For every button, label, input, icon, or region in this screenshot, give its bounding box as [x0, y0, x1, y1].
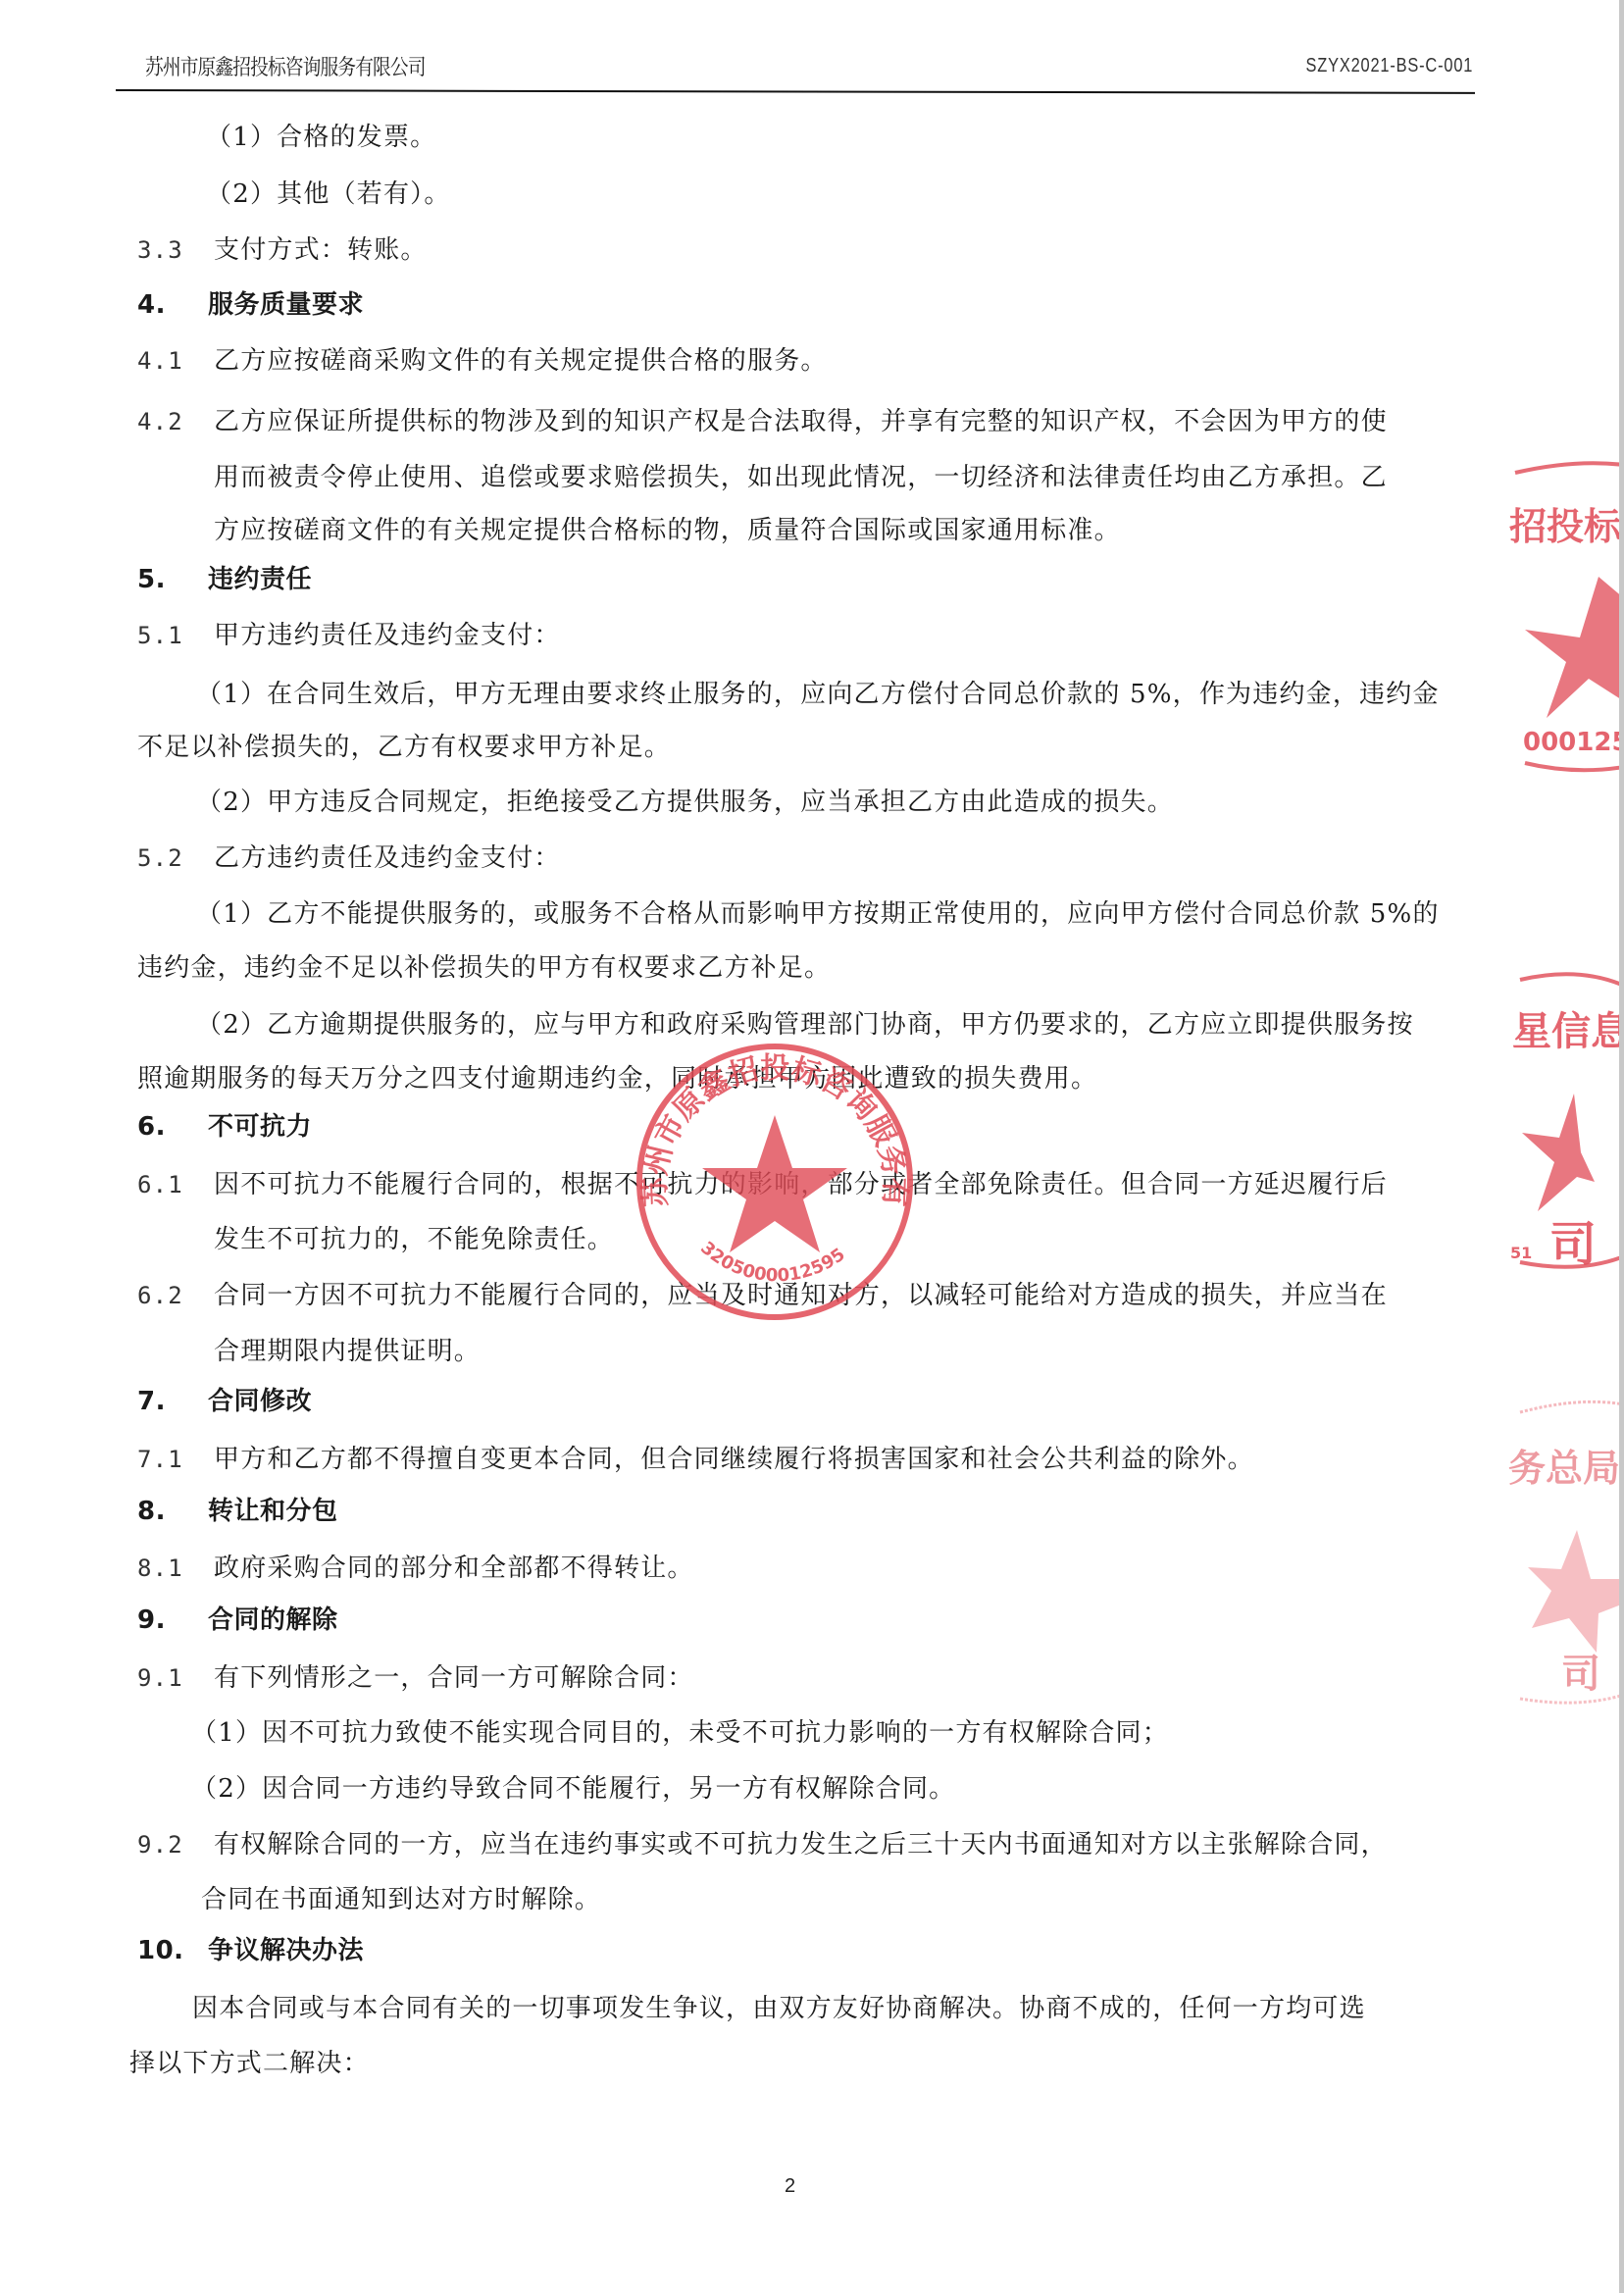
section-heading-6: 6.不可抗力	[137, 1112, 312, 1142]
clause-6-2: 6.2合同一方因不可抗力不能履行合同的，应当及时通知对方，以减轻可能给对方造成的…	[137, 1281, 1388, 1310]
clause-continuation: 合理期限内提供证明。	[214, 1337, 481, 1366]
item-continuation: 不足以补偿损失的，乙方有权要求甲方补足。	[137, 733, 671, 762]
perforation-seal-bottom: 务总局 司	[1500, 1383, 1624, 1707]
clause-8-1: 8.1政府采购合同的部分和全部都不得转让。	[137, 1554, 694, 1583]
item-line: （2）其他（若有）。	[206, 179, 451, 209]
page-edge-shadow	[1619, 0, 1624, 2293]
item-line: （2）因合同一方违约导致合同不能履行，另一方有权解除合同。	[191, 1774, 955, 1804]
item-line: （1）合格的发票。	[206, 123, 436, 152]
svg-text:司: 司	[1549, 1217, 1597, 1270]
item-continuation: 违约金，违约金不足以补偿损失的甲方有权要求乙方补足。	[137, 953, 831, 983]
item-line: （1）因不可抗力致使不能实现合同目的，未受不可抗力影响的一方有权解除合同；	[191, 1718, 1169, 1748]
item-line: （2）乙方逾期提供服务的，应与甲方和政府采购管理部门协商，甲方仍要求的，乙方应立…	[196, 1010, 1414, 1040]
item-line: （1）在合同生效后，甲方无理由要求终止服务的，应向乙方偿付合同总价款的 5%，作…	[196, 680, 1440, 709]
page-header: 苏州市原鑫招投标咨询服务有限公司 SZYX2021-BS-C-001	[116, 51, 1473, 90]
svg-text:0001259: 0001259	[1523, 728, 1624, 757]
clause-continuation: 发生不可抗力的，不能免除责任。	[214, 1225, 614, 1254]
clause-5-1: 5.1甲方违约责任及违约金支付：	[137, 621, 561, 650]
item-line: （2）甲方违反合同规定，拒绝接受乙方提供服务，应当承担乙方由此造成的损失。	[196, 788, 1174, 817]
clause-7-1: 7.1甲方和乙方都不得擅自变更本合同，但合同继续履行将损害国家和社会公共利益的除…	[137, 1445, 1254, 1474]
clause-continuation: 方应按磋商文件的有关规定提供合格标的物，质量符合国际或国家通用标准。	[214, 516, 1121, 545]
document-page: 苏州市原鑫招投标咨询服务有限公司 SZYX2021-BS-C-001 （1）合格…	[0, 0, 1624, 2293]
clause-4-1: 4.1乙方应按磋商采购文件的有关规定提供合格的服务。	[137, 346, 828, 376]
perforation-seal-top: 招投标 0001259	[1496, 451, 1624, 775]
star-icon	[1522, 1094, 1595, 1211]
svg-text:51: 51	[1510, 1244, 1532, 1262]
svg-text:务总局: 务总局	[1508, 1447, 1620, 1490]
clause-9-1: 9.1有下列情形之一，合同一方可解除合同：	[137, 1663, 694, 1693]
clause-4-2: 4.2乙方应保证所提供标的物涉及到的知识产权是合法取得，并享有完整的知识产权，不…	[137, 407, 1388, 436]
paragraph-line: 因本合同或与本合同有关的一切事项发生争议，由双方友好协商解决。协商不成的，任何一…	[192, 1994, 1366, 2023]
svg-text:司: 司	[1561, 1652, 1600, 1697]
clause-9-2: 9.2有权解除合同的一方，应当在违约事实或不可抗力发生之后三十天内书面通知对方以…	[137, 1830, 1388, 1860]
section-heading-10: 10.争议解决办法	[137, 1936, 364, 1965]
page-number: 2	[785, 2175, 795, 2198]
clause-5-2: 5.2乙方违约责任及违约金支付：	[137, 843, 561, 873]
perforation-seal-middle: 星信息 司 51	[1500, 966, 1624, 1270]
header-document-code: SZYX2021-BS-C-001	[1305, 55, 1473, 77]
item-continuation: 照逾期服务的每天万分之四支付逾期违约金，同时承担甲方因此遭致的损失费用。	[137, 1064, 1097, 1094]
section-heading-4: 4.服务质量要求	[137, 290, 364, 320]
star-icon	[1525, 577, 1624, 718]
section-heading-5: 5.违约责任	[137, 565, 312, 594]
star-icon	[1528, 1530, 1624, 1653]
section-heading-8: 8.转让和分包	[137, 1497, 338, 1526]
clause-3-3: 3.3支付方式：转账。	[137, 235, 428, 265]
section-heading-9: 9.合同的解除	[137, 1605, 338, 1635]
clause-continuation: 合同在书面通知到达对方时解除。	[201, 1885, 601, 1914]
header-company-name: 苏州市原鑫招投标咨询服务有限公司	[145, 51, 426, 81]
clause-6-1: 6.1因不可抗力不能履行合同的，根据不可抗力的影响，部分或者全部免除责任。但合同…	[137, 1170, 1388, 1199]
paragraph-continuation: 择以下方式二解决：	[129, 2049, 370, 2078]
clause-continuation: 用而被责令停止使用、追偿或要求赔偿损失，如出现此情况，一切经济和法律责任均由乙方…	[214, 463, 1388, 492]
svg-text:3205000012595: 3205000012595	[696, 1238, 848, 1286]
svg-text:招投标: 招投标	[1509, 505, 1623, 548]
section-heading-7: 7.合同修改	[137, 1387, 312, 1416]
svg-text:星信息: 星信息	[1512, 1009, 1624, 1054]
item-line: （1）乙方不能提供服务的，或服务不合格从而影响甲方按期正常使用的，应向甲方偿付合…	[196, 899, 1440, 929]
